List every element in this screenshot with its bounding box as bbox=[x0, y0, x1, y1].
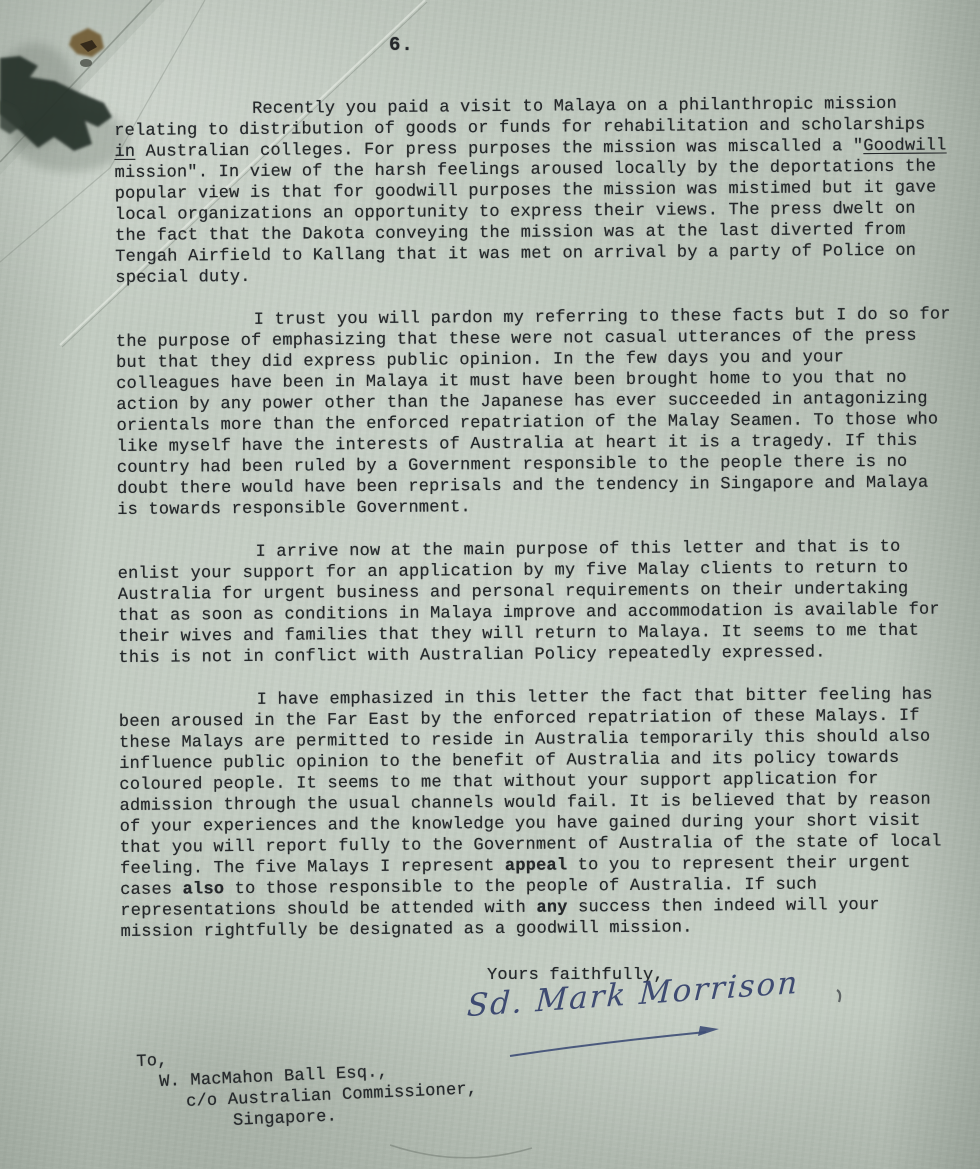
tear-dark-patch-small bbox=[0, 100, 24, 134]
scanned-letter-page: 6. Recently you paid a visit to Malaya o… bbox=[0, 0, 980, 1169]
signature-flourish-pen-blob bbox=[698, 1026, 719, 1036]
text-segment: Goodwill bbox=[863, 136, 946, 156]
text-segment: Recently you paid a visit to Malaya on a… bbox=[114, 95, 925, 141]
text-segment: in bbox=[114, 143, 135, 162]
text-segment: I trust you will pardon my referring to … bbox=[116, 305, 951, 520]
text-segment: appeal bbox=[505, 856, 568, 875]
text-segment: I arrive now at the main purpose of this… bbox=[118, 538, 940, 668]
text-segment: also bbox=[183, 880, 225, 899]
brown-damage-core bbox=[80, 40, 97, 52]
stray-ink-mark bbox=[837, 990, 840, 1002]
brown-damage-spot bbox=[69, 28, 104, 57]
tear-dark-patch bbox=[0, 56, 112, 151]
paragraph-2: I trust you will pardon my referring to … bbox=[116, 304, 954, 521]
paragraph-1: Recently you paid a visit to Malaya on a… bbox=[114, 93, 951, 289]
smudge bbox=[0, 43, 77, 147]
letter-body: Recently you paid a visit to Malaya on a… bbox=[114, 93, 957, 965]
pencil-arc bbox=[390, 1145, 532, 1158]
paragraph-4: I have emphasized in this letter the fac… bbox=[119, 684, 957, 943]
paragraph-3: I arrive now at the main purpose of this… bbox=[117, 536, 954, 669]
page-number: 6. bbox=[389, 34, 414, 56]
smudge bbox=[12, 108, 128, 172]
text-segment: any bbox=[536, 898, 567, 917]
addressee-block: To, W. MacMahon Ball Esq., c/o Australia… bbox=[136, 1037, 479, 1136]
text-segment: mission". In view of the harsh feelings … bbox=[115, 158, 937, 288]
damage-dot bbox=[80, 59, 92, 67]
text-segment: I have emphasized in this letter the fac… bbox=[119, 686, 942, 879]
signature-underline-flourish bbox=[510, 1032, 706, 1056]
